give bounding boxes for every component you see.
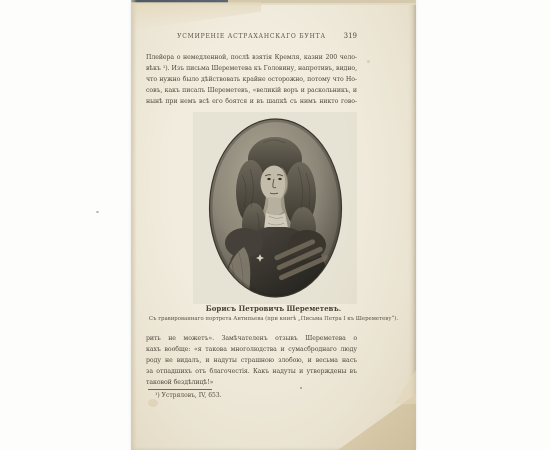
text-line: рить не можетъ». Замѣчателенъ отзывъ Шер… [146,333,357,344]
stain-top-left [131,2,261,30]
footnote-text: ¹) Устряловъ, IV, 653. [155,392,222,399]
foxing-spot [148,399,158,407]
paragraph-bottom: рить не можетъ». Замѣчателенъ отзывъ Шер… [146,333,357,388]
page-number: 319 [344,32,357,40]
text-line: кахъ вообще: «я такова многолюдства и су… [146,344,357,355]
portrait-caption-title: Борисъ Петровичъ Шереметевъ. [131,304,416,313]
text-line: за отпадшихъ отъ благочестія. Какъ надут… [146,366,357,377]
running-header-title: УСМИРЕНІЕ АСТРАХАНСКАГО БУНТА [146,33,357,40]
text-line: вѣкъ ¹). Изъ письма Шереметева къ Голови… [146,63,357,74]
running-header: УСМИРЕНІЕ АСТРАХАНСКАГО БУНТА 319 [146,33,357,43]
foxing-spot [367,60,370,63]
portrait-engraving [208,117,343,299]
paragraph-top: Плейера о немедленной, послѣ взятія Крем… [146,52,357,107]
scanner-background: { "page": { "header": { "title": "УСМИРЕ… [0,0,550,450]
text-line: нынѣ при немъ всѣ его боятся и въ шапкѣ … [146,96,357,107]
text-line: что нужно было дѣйствовать крайне осторо… [146,74,357,85]
page-left-edge-shadow [131,0,137,450]
text-line: роду не видалъ, и надуты страшною злобою… [146,355,357,366]
book-page: УСМИРЕНІЕ АСТРАХАНСКАГО БУНТА 319 Плейер… [131,0,416,450]
text-line: совъ, какъ писалъ Шереметевъ, «великій в… [146,85,357,96]
text-line: таковой бездѣлицѣ!» [146,377,357,388]
footnote-separator [148,389,212,390]
stain-bottom-right-small [390,370,416,404]
text-line: Плейера о немедленной, послѣ взятія Крем… [146,52,357,63]
portrait-caption-source: Съ гравированнаго портрета Антипьева (пр… [131,316,416,322]
scanner-speck [96,211,99,213]
